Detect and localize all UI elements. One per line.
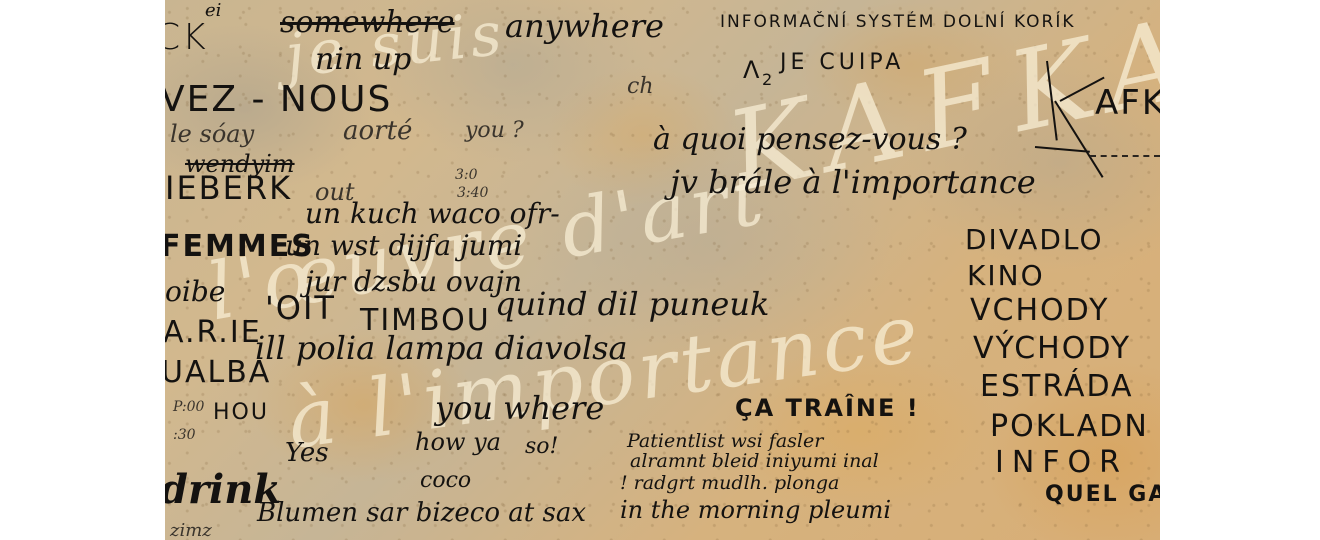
ink-you-where: you where — [435, 392, 604, 424]
ink-coco: coco — [420, 470, 471, 492]
ink-informacni-system: INFORMAČNÍ SYSTÉM DOLNÍ KORÍK — [720, 14, 1076, 31]
ink-ca-traine: ÇA TRAÎNE ! — [735, 396, 920, 420]
ink-ch: ch — [627, 76, 654, 98]
ink-bloom-line: Blumen sar bizeco at sax — [257, 500, 586, 526]
ink-estrada: ESTRÁDA — [980, 372, 1134, 402]
ink-lambda-subscript: 2 — [762, 72, 774, 88]
ink-hou: HOU — [213, 402, 269, 424]
ink-le-soay: le sóay — [170, 122, 254, 146]
ink-quind-dil-puneuk: quind dil puneuk — [495, 288, 769, 320]
ink-vez-nous: VEZ - NOUS — [165, 82, 392, 118]
ink-une-line-1: un kuch waco ofr- — [305, 200, 560, 228]
ink-dashed-line — [1090, 155, 1160, 157]
ink-zimz: zimz — [170, 522, 212, 540]
ink-nin-up: nin up — [315, 45, 411, 75]
ink-you-question: you ? — [465, 120, 524, 142]
ink-afk: AFK — [1095, 86, 1160, 120]
ink-patient-line-1: Patientlist wsi fasler — [627, 432, 823, 451]
handwriting-photo: je suis l'œuvre d'art à l'importance KAF… — [165, 0, 1160, 540]
ink-brale-importance: jv brále à l'importance — [670, 166, 1036, 198]
ink-inform: INFOR — [995, 448, 1128, 478]
ink-yes: Yes — [285, 440, 329, 466]
ink-aorte: aorté — [343, 118, 412, 144]
ink-ieberk: IEBERK — [165, 172, 292, 204]
ink-vchody: VCHODY — [970, 296, 1109, 326]
ink-divadlo: DIVADLO — [965, 226, 1104, 254]
ink-oit: 'OIT — [265, 292, 336, 324]
ink-une-line-2: un wst dijfa jumi — [285, 232, 522, 260]
ink-num-1: 3:0 — [455, 168, 478, 182]
ink-time-2: :30 — [173, 428, 196, 442]
ink-arie: A.R.IE — [165, 318, 262, 348]
ink-ualba: UALBA — [165, 358, 271, 388]
ink-quel-ga: QUEL GA — [1045, 484, 1160, 506]
ink-quoi-pensez: à quoi pensez-vous ? — [653, 125, 967, 155]
ink-ck: CK — [165, 20, 208, 56]
ink-patient-line-3: ! radgrt mudlh. plonga — [620, 474, 839, 493]
ink-patient-line-2: alramnt bleid iniyumi inal — [630, 452, 879, 471]
ink-how-ya: how ya — [415, 430, 501, 454]
ink-ei: ei — [205, 2, 221, 20]
ink-time-1: P:00 — [173, 400, 204, 414]
ink-so: so! — [525, 436, 558, 458]
ink-je-cuipa: JE CUIPA — [780, 52, 904, 74]
ink-polia-lampa: ill polia lampa diavolsa — [255, 332, 628, 364]
ink-anywhere: anywhere — [505, 10, 664, 42]
ink-kino: KINO — [967, 262, 1045, 290]
ink-patient-line-4: in the morning pleumi — [620, 498, 891, 522]
ink-vychody: VÝCHODY — [973, 334, 1131, 364]
ink-lambda: Λ — [743, 58, 761, 82]
ink-oibe: oibe — [165, 278, 225, 306]
ink-somewhere: somewhere — [280, 8, 455, 38]
page-canvas: je suis l'œuvre d'art à l'importance KAF… — [0, 0, 1320, 540]
ink-une-line-3: jur dzsbu ovajn — [305, 268, 522, 296]
ink-pokladna: POKLADN — [990, 412, 1149, 442]
